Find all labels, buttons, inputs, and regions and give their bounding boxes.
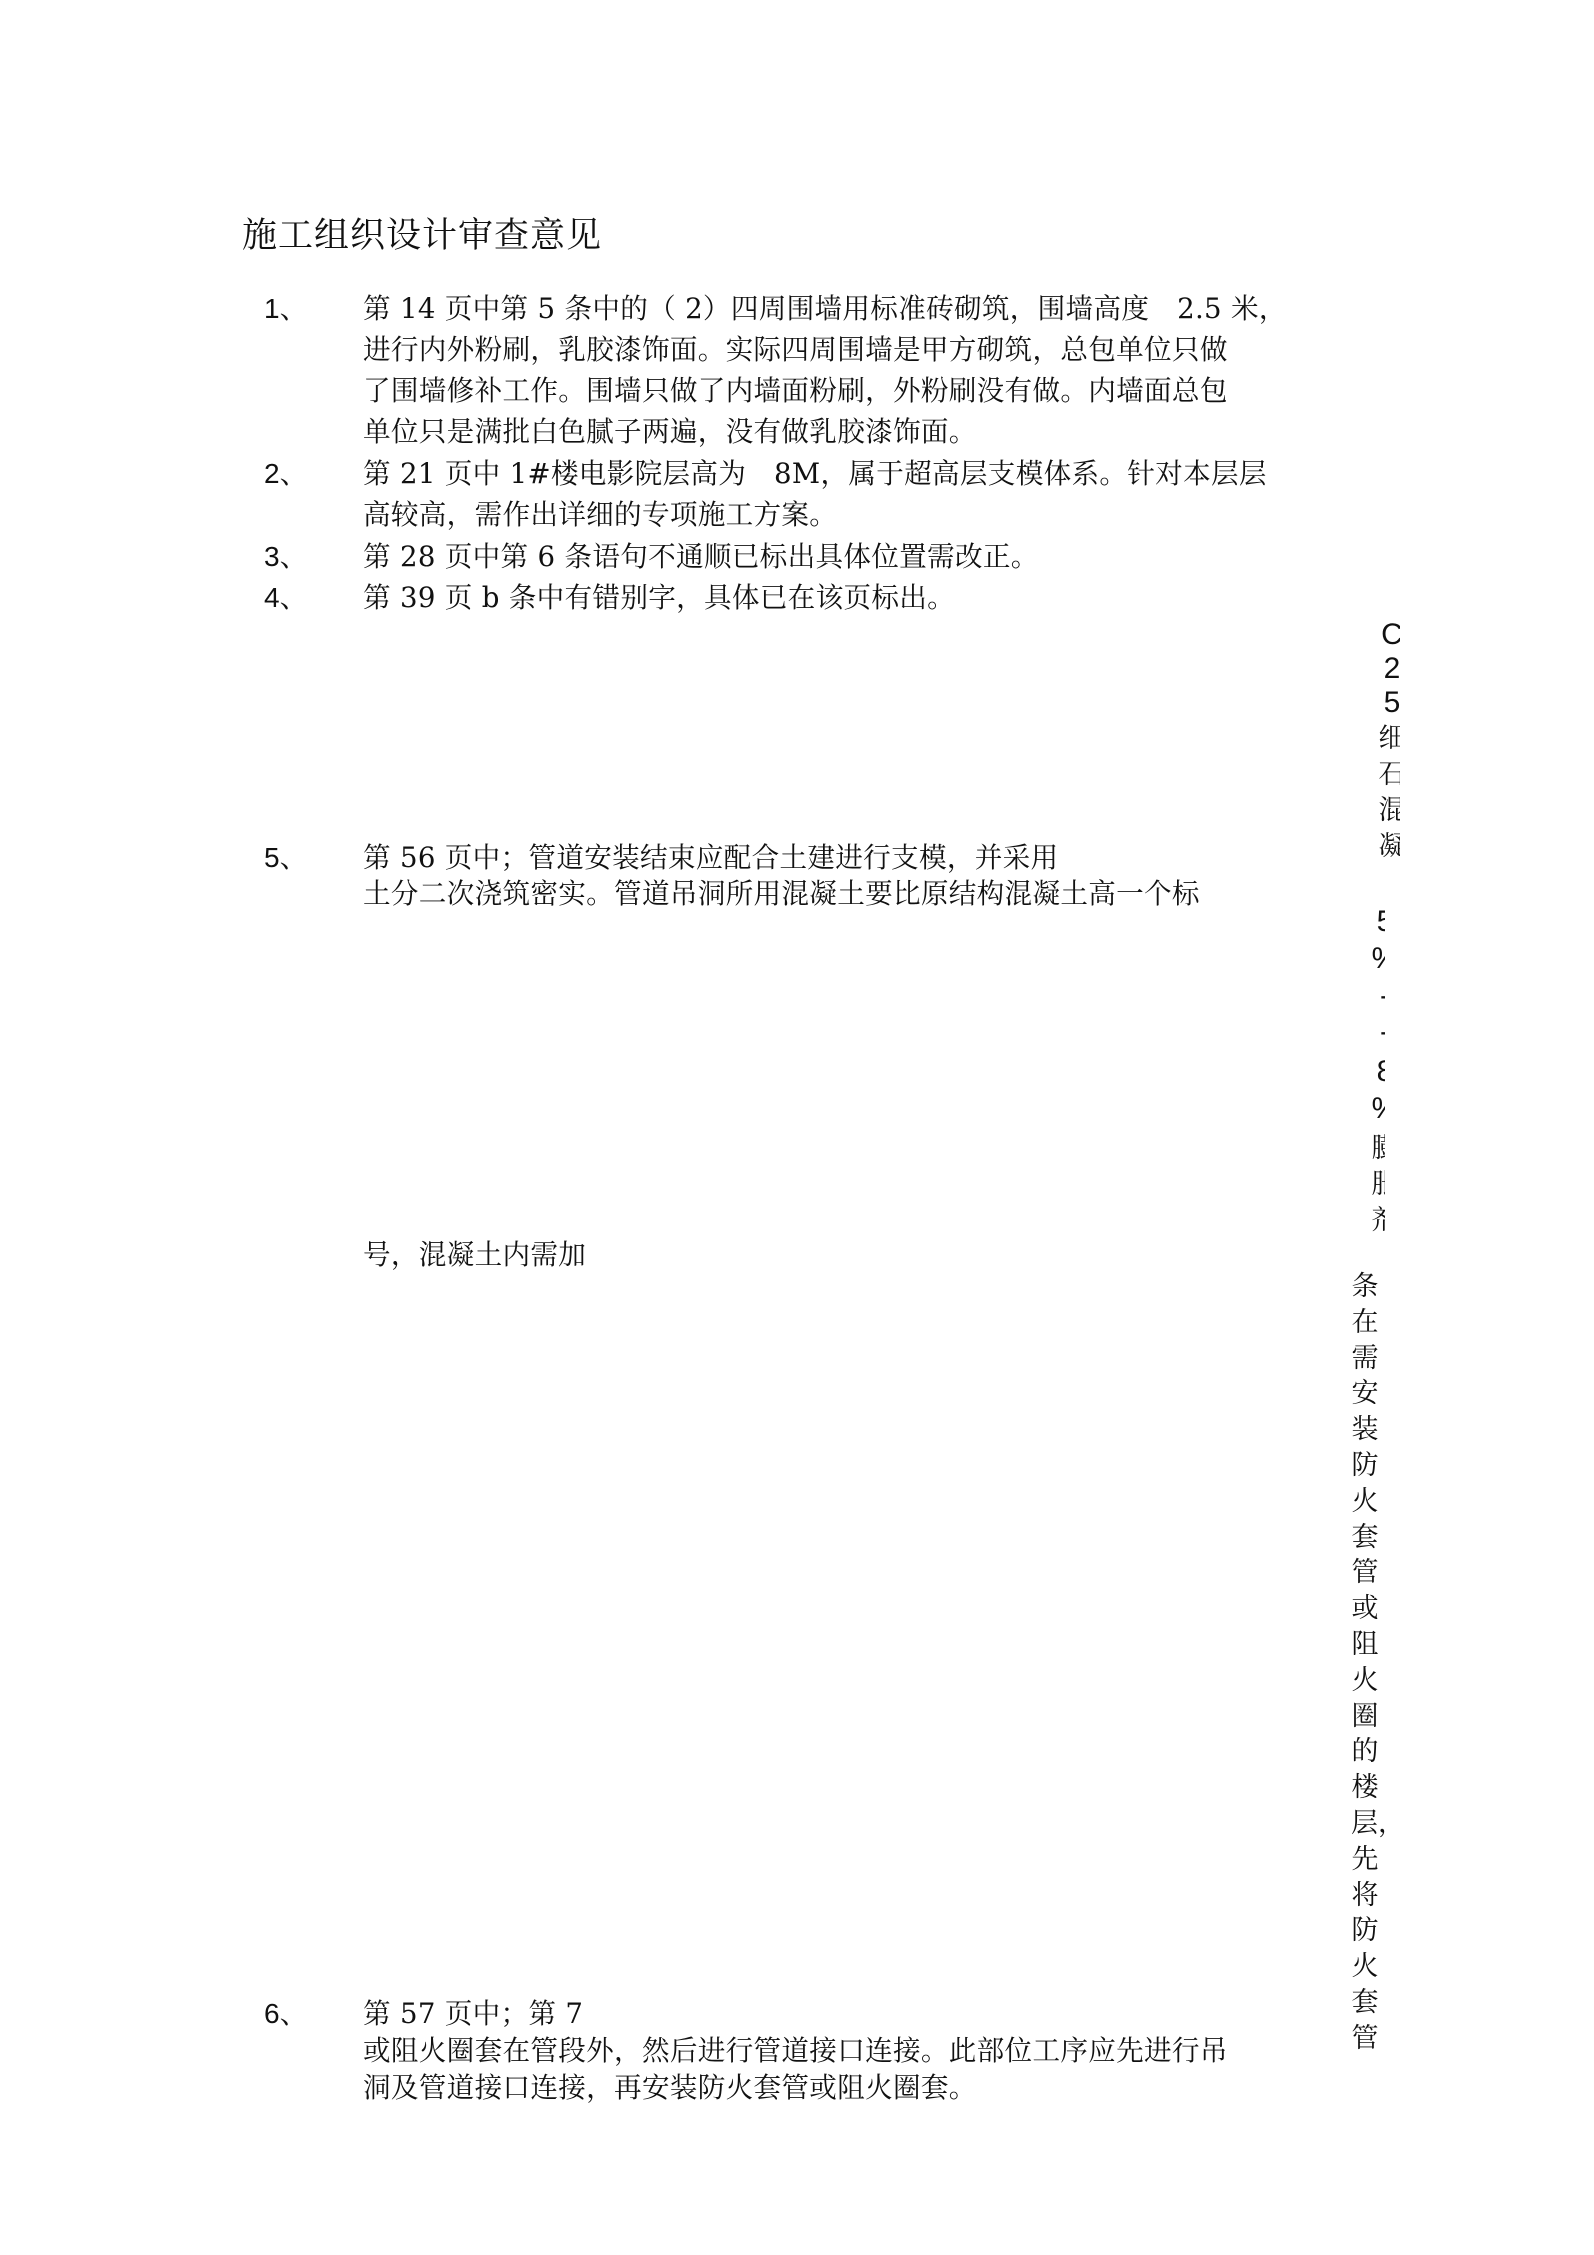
vertical-char: 套 (1345, 1986, 1385, 2020)
item-2-line-2: 高较高，需作出详细的专项施工方案。 (363, 495, 837, 535)
item-3-number: 3、 (264, 537, 308, 577)
vertical-char: 凝 (1372, 830, 1400, 864)
vertical-char: 在 (1345, 1306, 1385, 1340)
vertical-char: - (1365, 1015, 1385, 1049)
vertical-char: 将 (1345, 1879, 1385, 1913)
item-1-line-4: 单位只是满批白色腻子两遍，没有做乳胶漆饰面。 (363, 412, 977, 452)
vertical-fragment-fire-sleeve: 条 在 需 安 装 防 火 套 管 或 阻 火 圈 的 楼 层， 先 将 防 火… (1345, 1270, 1405, 2050)
item-1-line-2: 进行内外粉刷，乳胶漆饰面。实际四周围墙是甲方砌筑，总包单位只做 (363, 330, 1228, 370)
vertical-char: 剂 (1365, 1204, 1385, 1238)
item-5-line-3: 号，混凝土内需加 (363, 1235, 586, 1275)
item-6-number: 6、 (264, 1994, 308, 2034)
item-6-line-1: 第 57 页中；第 7 (363, 1994, 583, 2034)
document-title: 施工组织设计审查意见 (242, 214, 602, 258)
item-3-line-1: 第 28 页中第 6 条语句不通顺已标出具体位置需改正。 (363, 537, 1039, 577)
vertical-char: 需 (1345, 1342, 1385, 1376)
vertical-char: 细 (1372, 722, 1400, 756)
vertical-char: 管 (1345, 2022, 1385, 2050)
vertical-char: 条 (1345, 1270, 1385, 1304)
vertical-char: 胀 (1365, 1168, 1385, 1202)
vertical-char: 火 (1345, 1950, 1385, 1984)
vertical-char: 装 (1345, 1413, 1385, 1447)
vertical-char: - (1365, 979, 1385, 1013)
item-1-line-1: 第 14 页中第 5 条中的（ 2）四周围墙用标准砖砌筑，围墙高度 2.5 米， (363, 289, 1287, 329)
item-1-line-3: 了围墙修补工作。围墙只做了内墙面粉刷，外粉刷没有做。内墙面总包 (363, 371, 1228, 411)
item-5-line-2: 土分二次浇筑密实。管道吊洞所用混凝土要比原结构混凝土高一个标 (363, 874, 1200, 914)
vertical-char: 防 (1345, 1449, 1385, 1483)
vertical-char: 的 (1345, 1735, 1385, 1769)
vertical-char: 套 (1345, 1521, 1385, 1555)
vertical-char: 5 (1365, 905, 1385, 939)
vertical-char: 混 (1372, 794, 1400, 828)
vertical-fragment-expansion-agent: 5 % - - 8 % 膨 胀 剂 (1365, 905, 1385, 1245)
item-6-line-2: 或阻火圈套在管段外，然后进行管道接口连接。此部位工序应先进行吊 (363, 2031, 1228, 2071)
vertical-char: % (1365, 1092, 1385, 1126)
vertical-char: 圈 (1345, 1700, 1385, 1734)
vertical-char: 防 (1345, 1914, 1385, 1948)
vertical-char: 先 (1345, 1843, 1385, 1877)
vertical-fragment-concrete-grade: C 2 5 细 石 混 凝 (1372, 618, 1400, 868)
vertical-char: % (1365, 942, 1385, 976)
document-page: 施工组织设计审查意见 1、 第 14 页中第 5 条中的（ 2）四周围墙用标准砖… (0, 0, 1594, 2255)
vertical-char: 楼 (1345, 1771, 1385, 1805)
vertical-char: 膨 (1365, 1132, 1385, 1166)
vertical-char: 2 (1372, 652, 1400, 686)
vertical-char: 5 (1372, 686, 1400, 720)
item-6-line-3: 洞及管道接口连接，再安装防火套管或阻火圈套。 (363, 2068, 977, 2108)
vertical-char: 火 (1345, 1485, 1385, 1519)
item-4-line-1: 第 39 页 b 条中有错别字，具体已在该页标出。 (363, 578, 955, 618)
vertical-char: 阻 (1345, 1628, 1385, 1662)
item-2-line-1: 第 21 页中 1#楼电影院层高为 8M，属于超高层支模体系。针对本层层 (363, 454, 1267, 494)
vertical-char: 火 (1345, 1664, 1385, 1698)
item-1-number: 1、 (264, 289, 308, 329)
vertical-char: 安 (1345, 1377, 1385, 1411)
item-4-number: 4、 (264, 578, 308, 618)
vertical-char: 层， (1345, 1807, 1391, 1841)
vertical-char: 8 (1365, 1055, 1385, 1089)
vertical-char: 或 (1345, 1592, 1385, 1626)
item-5-line-1: 第 56 页中；管道安装结束应配合土建进行支模，并采用 (363, 838, 1058, 878)
vertical-char: 石 (1372, 758, 1400, 792)
vertical-char: 管 (1345, 1556, 1385, 1590)
item-2-number: 2、 (264, 454, 308, 494)
item-5-number: 5、 (264, 838, 308, 878)
vertical-char: C (1372, 618, 1400, 652)
